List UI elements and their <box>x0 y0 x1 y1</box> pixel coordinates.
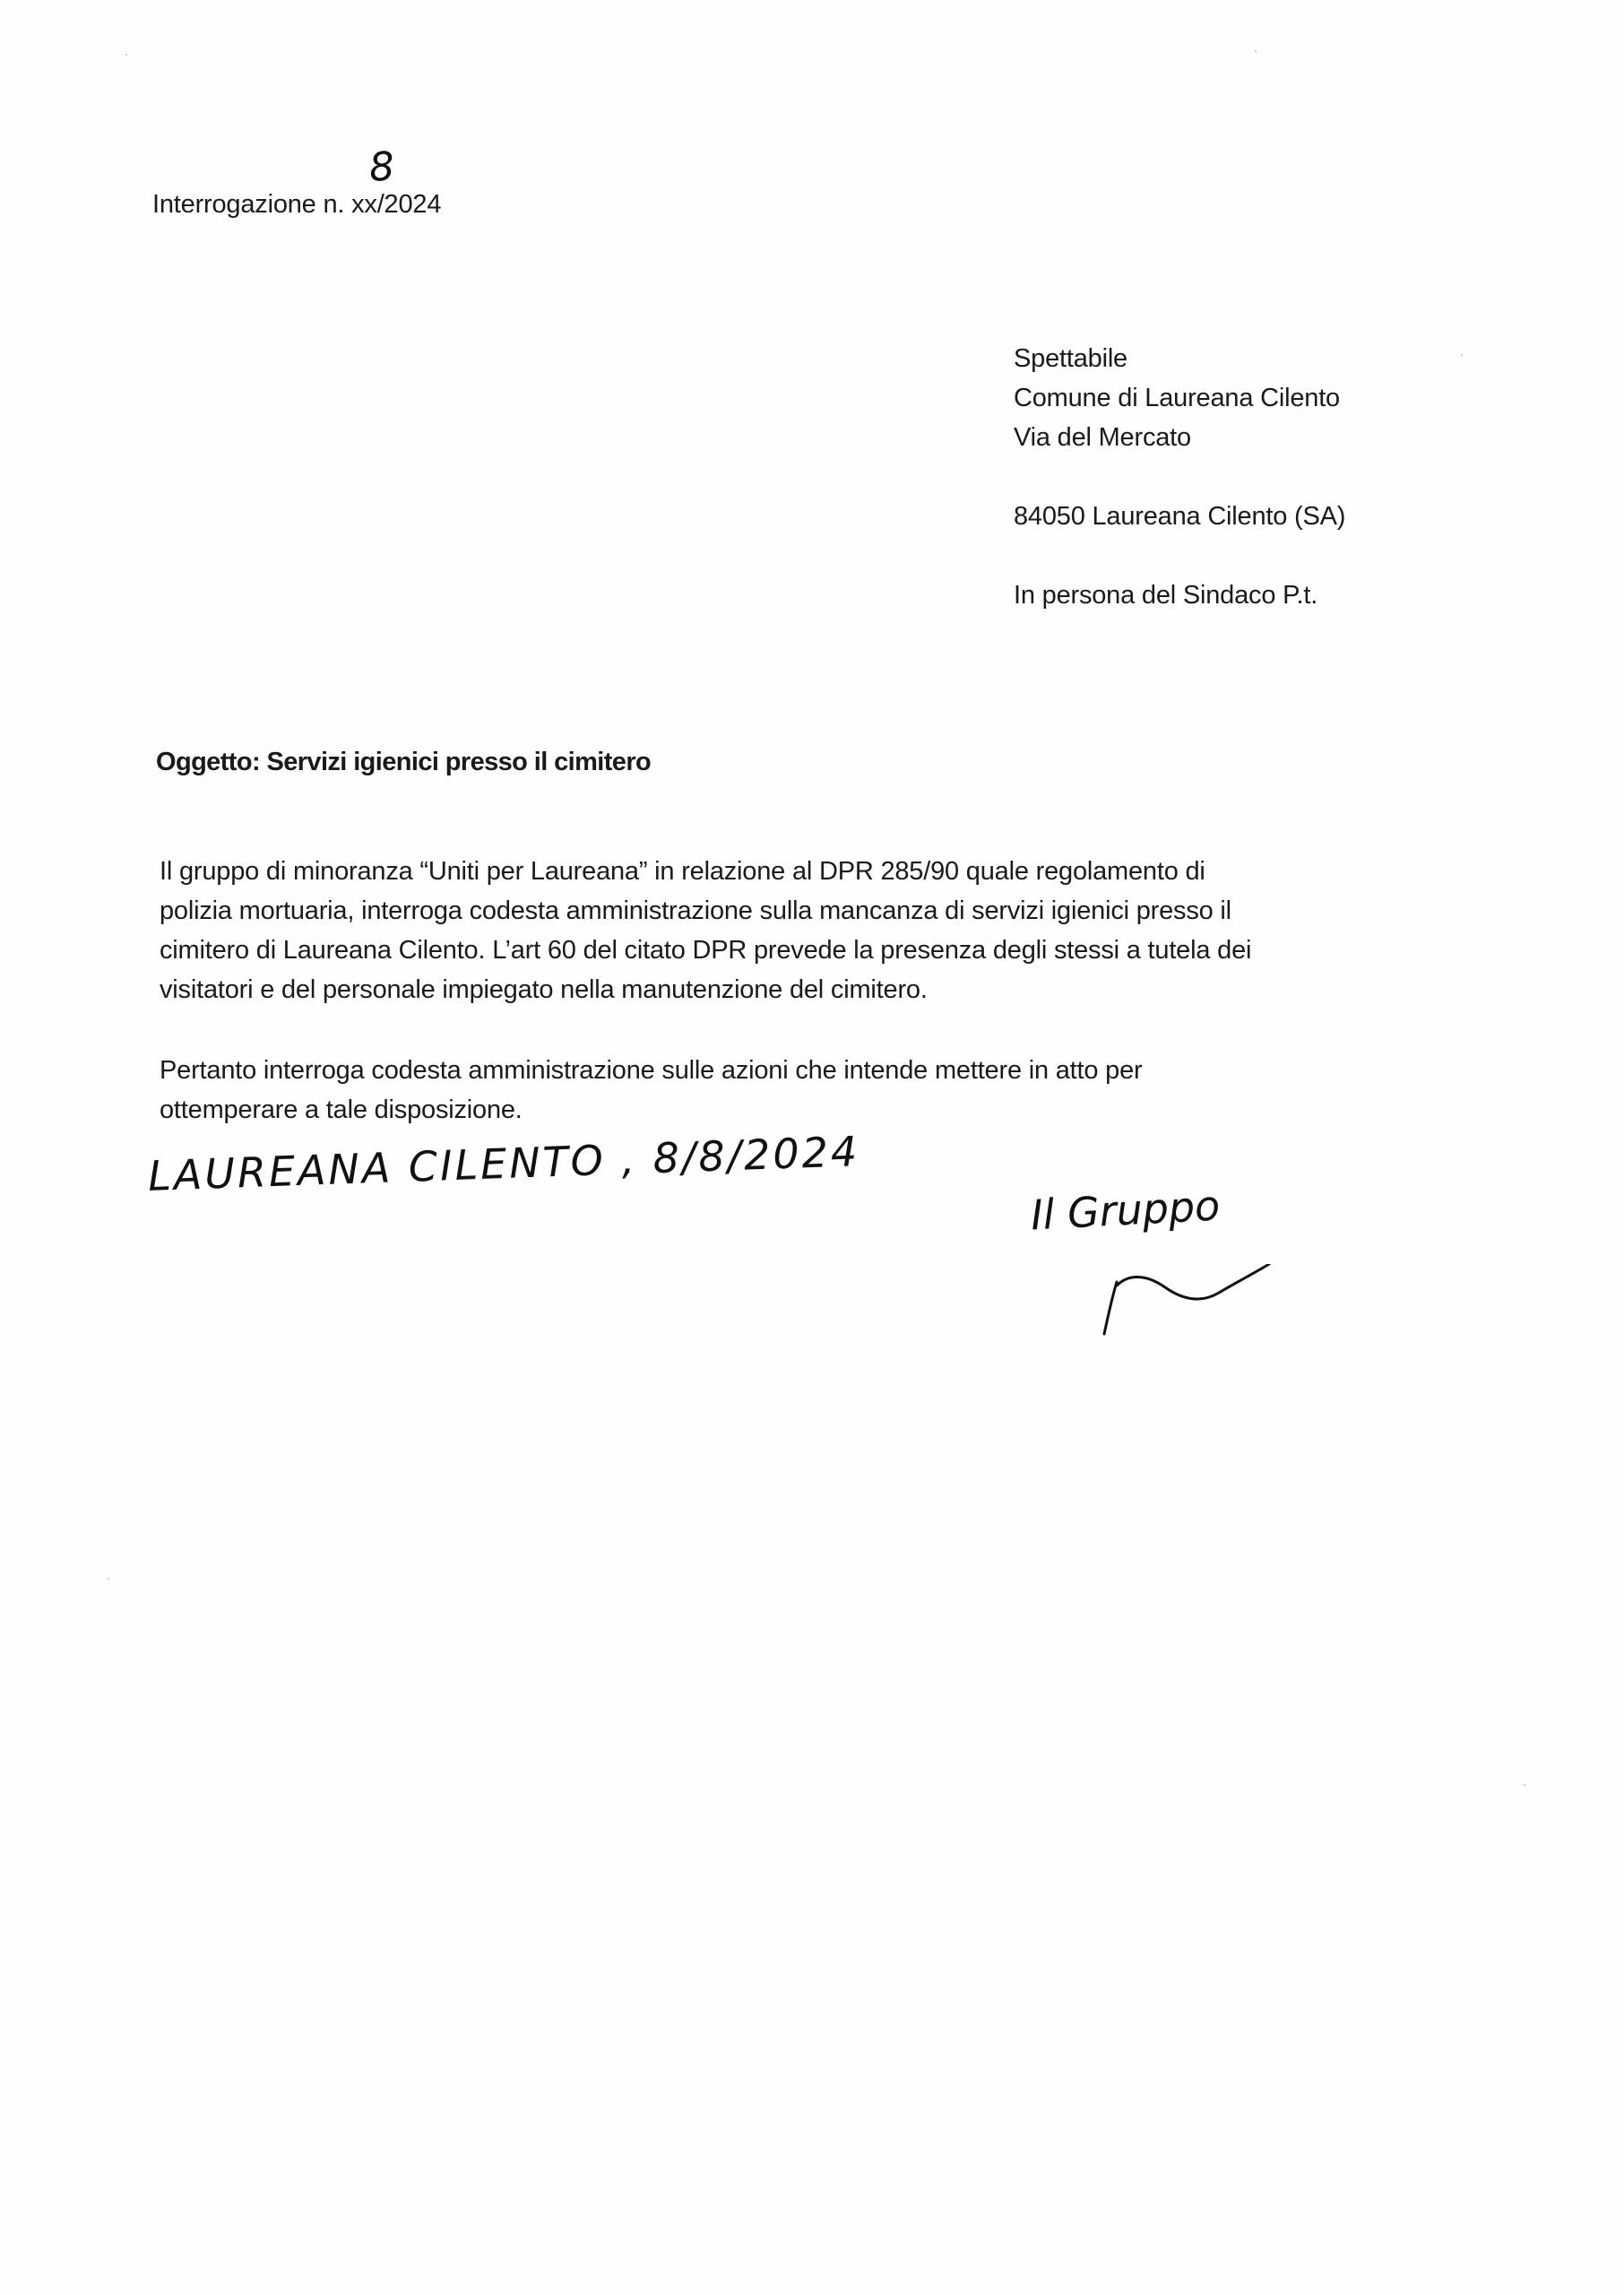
scanned-document-page: 8 Interrogazione n. xx/2024 Spettabile C… <box>0 0 1624 2295</box>
scan-speck <box>1255 50 1257 52</box>
paragraph-line: Pertanto interroga codesta amministrazio… <box>160 1051 1450 1090</box>
signature-icon <box>1093 1264 1273 1336</box>
scan-speck <box>1461 354 1463 356</box>
paragraph-line: Il gruppo di minoranza “Uniti per Laurea… <box>160 852 1450 891</box>
handwritten-signature-label: Il Gruppo <box>1030 1181 1222 1241</box>
recipient-line: Spettabile <box>1014 339 1345 378</box>
paragraph-line: visitatori e del personale impiegato nel… <box>160 970 1450 1009</box>
paragraph-line: cimitero di Laureana Cilento. L’art 60 d… <box>160 931 1450 970</box>
recipient-line: Comune di Laureana Cilento <box>1014 378 1345 418</box>
recipient-address-block: Spettabile Comune di Laureana Cilento Vi… <box>1014 339 1345 615</box>
paragraph-line: polizia mortuaria, interroga codesta amm… <box>160 891 1450 931</box>
scan-speck <box>1524 1784 1525 1786</box>
subject-line: Oggetto: Servizi igienici presso il cimi… <box>156 742 651 782</box>
recipient-spacer <box>1014 457 1345 497</box>
scan-speck <box>108 1578 109 1580</box>
document-title: Interrogazione n. xx/2024 <box>152 185 441 224</box>
recipient-line: Via del Mercato <box>1014 418 1345 457</box>
recipient-spacer <box>1014 536 1345 576</box>
body-paragraph-2: Pertanto interroga codesta amministrazio… <box>160 1051 1450 1130</box>
handwritten-place-date: LAUREANA CILENTO , 8/8/2024 <box>147 1124 860 1203</box>
recipient-line: In persona del Sindaco P.t. <box>1014 576 1345 615</box>
scan-speck <box>125 54 127 56</box>
paragraph-line: ottemperare a tale disposizione. <box>160 1090 1450 1130</box>
body-paragraph-1: Il gruppo di minoranza “Uniti per Laurea… <box>160 852 1450 1009</box>
recipient-line: 84050 Laureana Cilento (SA) <box>1014 497 1345 536</box>
